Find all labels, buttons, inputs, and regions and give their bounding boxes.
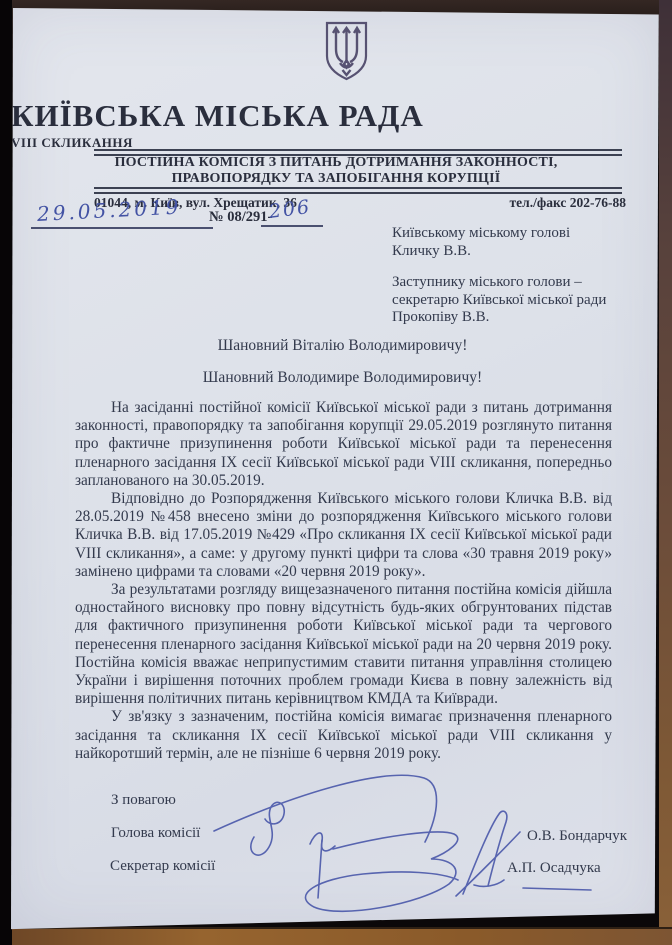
addressee-block-mayor: Київському міському голові Кличку В.В. — [392, 225, 622, 260]
date-underline — [31, 227, 213, 229]
addressee-line: Прокопіву В.В. — [392, 309, 622, 327]
signer-name-chairman: О.В. Бондарчук — [527, 828, 627, 845]
addressee-line: секретарю Київської міської ради — [392, 292, 622, 310]
paragraph: На засіданні постійної комісії Київської… — [75, 399, 612, 490]
handwritten-ref-number: 206 — [268, 196, 313, 223]
ref-number-prefix: № 08/291- — [209, 209, 272, 226]
header-rule-bottom — [94, 187, 622, 194]
paragraph: За результатами розгляду вищезазначеного… — [75, 581, 612, 708]
paragraph: Відповідно до Розпорядження Київського м… — [75, 490, 612, 581]
wood-desk-right-edge — [659, 0, 672, 945]
ref-number-underline — [261, 225, 323, 227]
addressee-line: Заступнику міського голови – — [392, 274, 622, 292]
addressee-line: Кличку В.В. — [392, 243, 622, 261]
handwritten-date: 29.05.2019 — [36, 194, 182, 226]
signer-name-secretary: А.П. Осадчука — [507, 860, 601, 877]
org-phone: тел./факс 202-76-88 — [510, 195, 626, 211]
closing-regards: З повагою — [111, 792, 176, 809]
document-page: КИЇВСЬКА МІСЬКА РАДА VIII СКЛИКАННЯ ПОСТ… — [11, 8, 660, 930]
commission-title: ПОСТІЙНА КОМІСІЯ З ПИТАНЬ ДОТРИМАННЯ ЗАК… — [86, 155, 586, 186]
org-title: КИЇВСЬКА МІСЬКА РАДА — [11, 98, 660, 134]
addressee-line: Київському міському голові — [392, 225, 622, 243]
shadow-left-edge — [0, 0, 12, 945]
wood-desk-bottom-edge — [0, 927, 672, 945]
salutation-second: Шановний Володимире Володимировичу! — [75, 369, 610, 387]
signer-role-secretary: Секретар комісії — [110, 858, 215, 875]
signer-role-chairman: Голова комісії — [111, 825, 200, 842]
salutation-first: Шановний Віталію Володимировичу! — [75, 337, 610, 355]
tryzub-emblem-icon — [323, 20, 370, 82]
photo-background: КИЇВСЬКА МІСЬКА РАДА VIII СКЛИКАННЯ ПОСТ… — [0, 0, 672, 945]
addressee-block-secretary: Заступнику міського голови – секретарю К… — [392, 274, 622, 327]
paragraph: У зв'язку з зазначеним, постійна комісія… — [75, 708, 612, 763]
letter-body: На засіданні постійної комісії Київської… — [75, 399, 612, 763]
